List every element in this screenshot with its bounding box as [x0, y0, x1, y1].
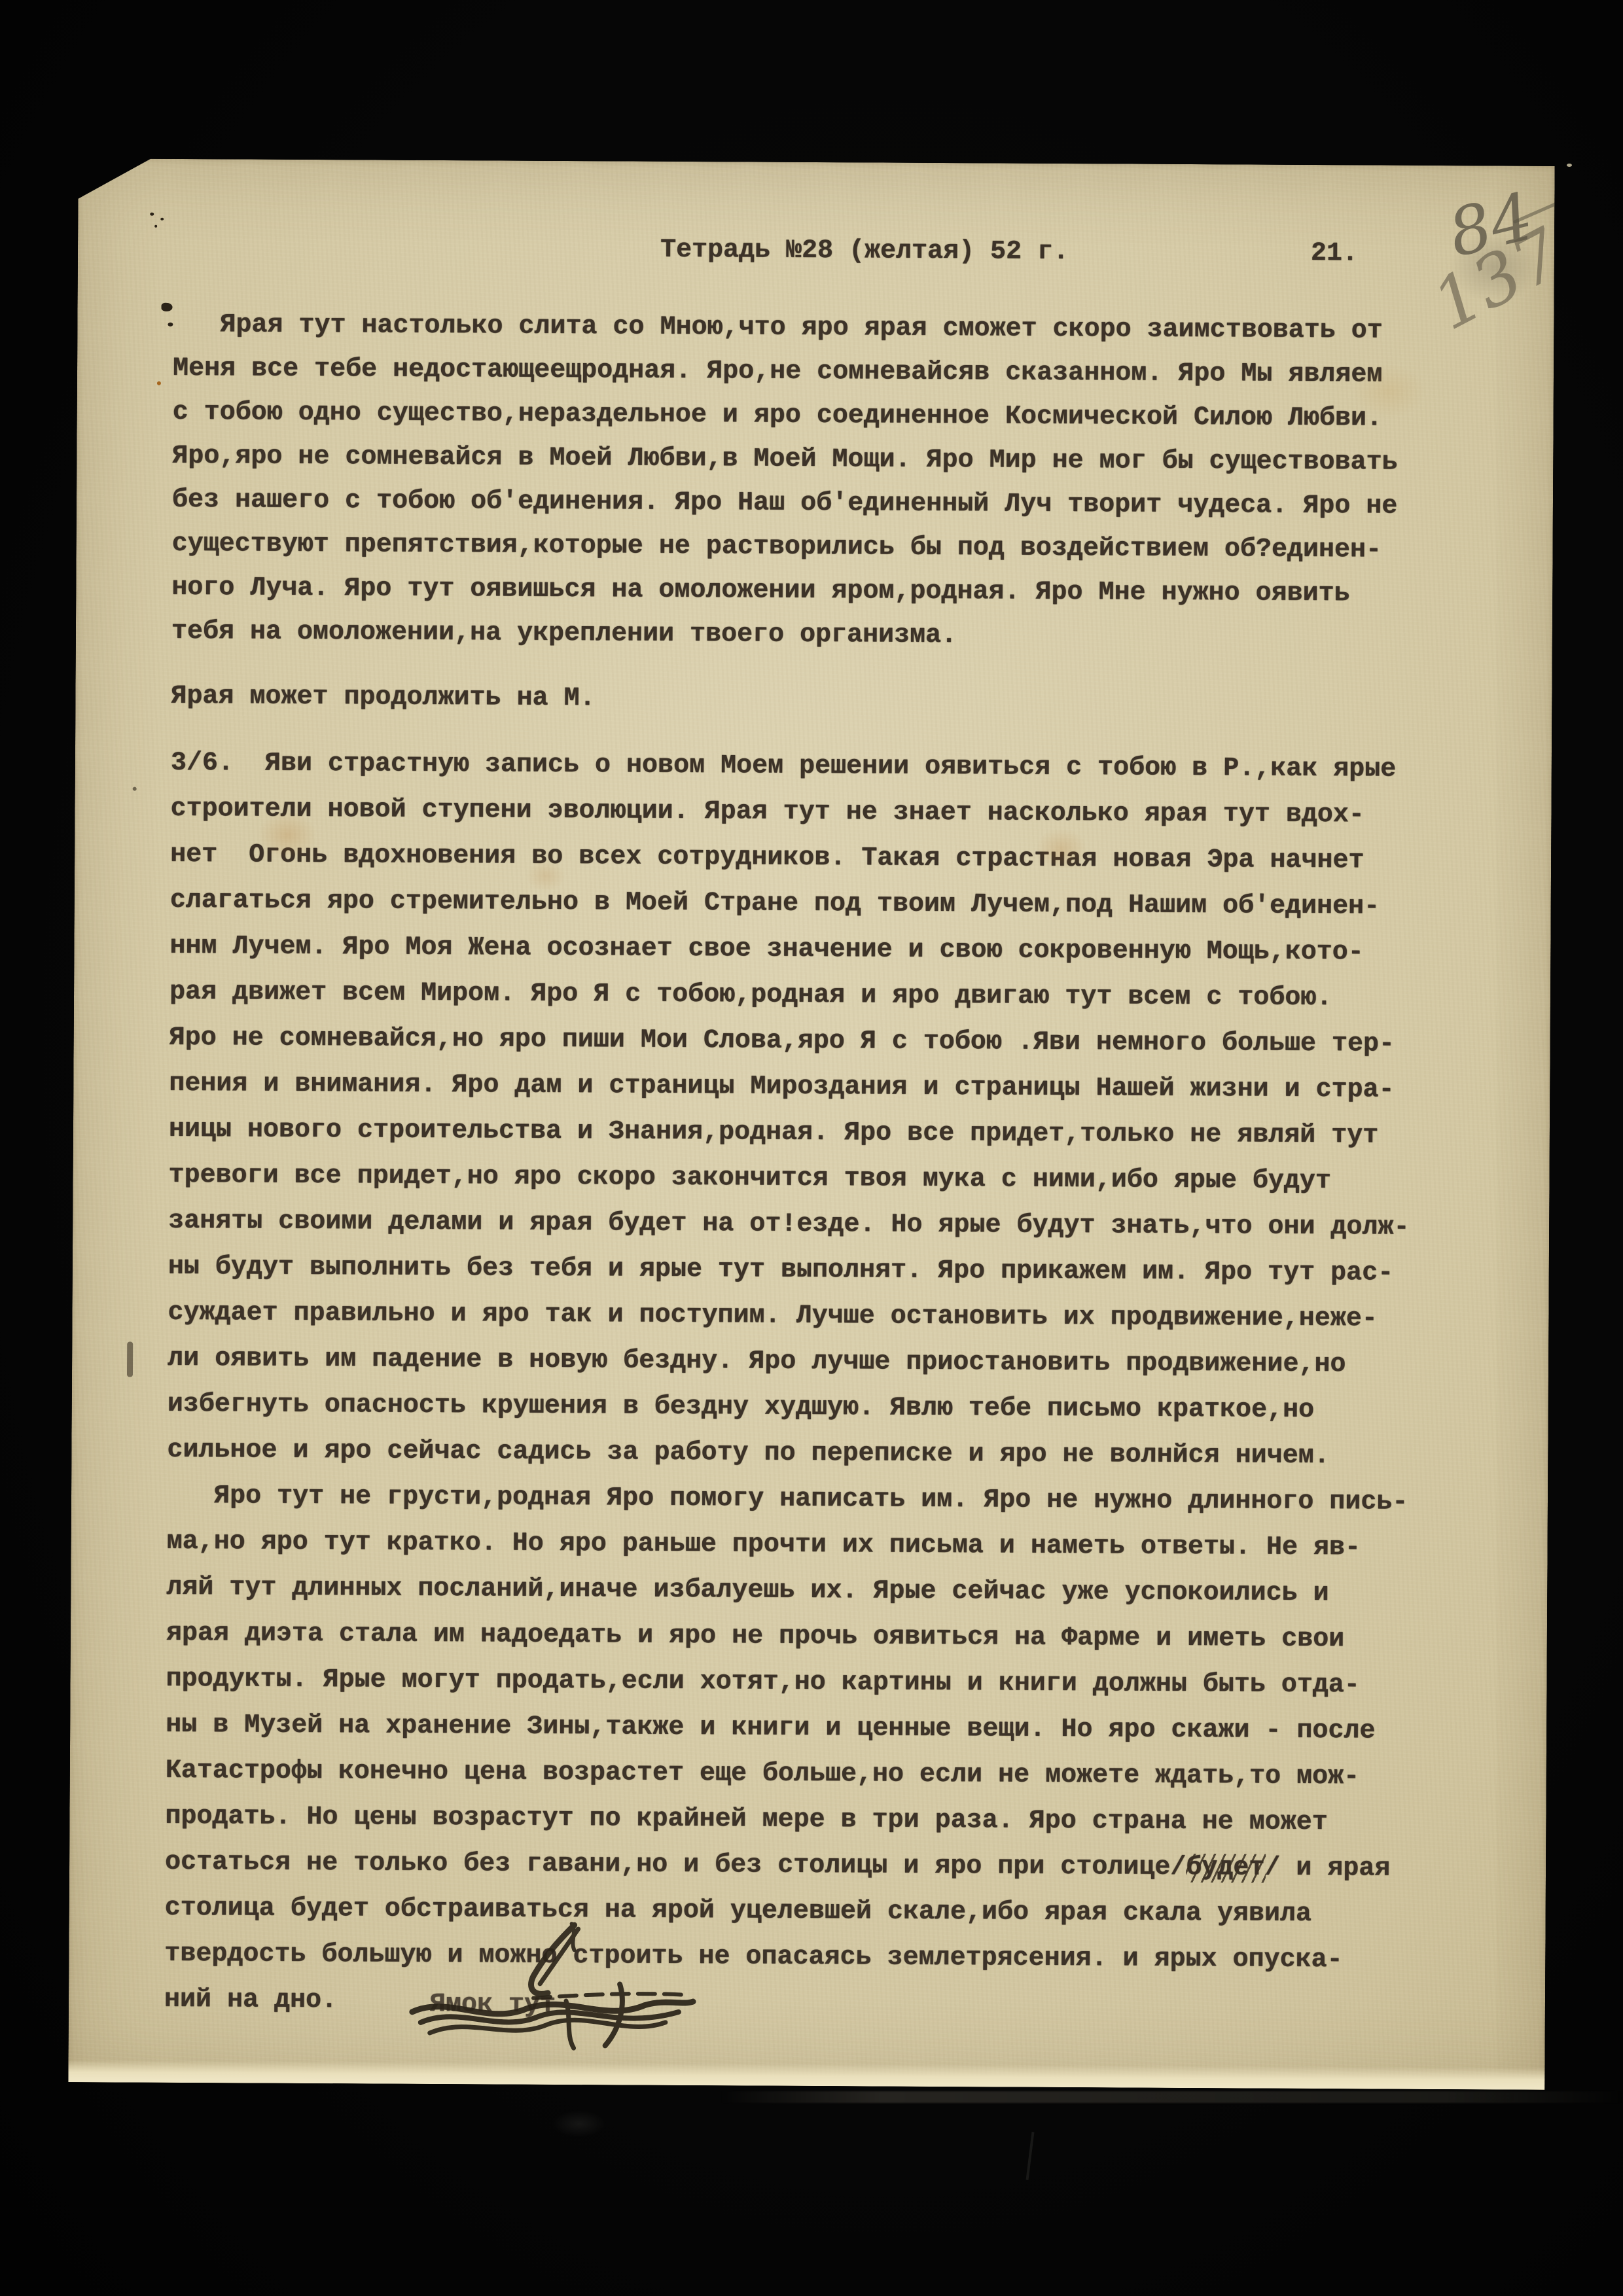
typed-line: ляй тут длинных посланий,иначе избалуешь… — [166, 1572, 1329, 1610]
paper-edge-speck — [1567, 164, 1572, 167]
typed-line: с тобою одно существо,нераздельное и яро… — [173, 397, 1383, 435]
typed-line: тревоги все придет,но яро скоро закончит… — [168, 1160, 1331, 1197]
typed-line: строители новой ступени эволюции. Ярая т… — [170, 794, 1364, 832]
typed-line: ли оявить им падение в новую бездну. Яро… — [168, 1343, 1346, 1381]
typed-line: ного Луча. Яро тут оявишься на омоложени… — [171, 573, 1350, 610]
typed-line: ницы нового строительства и Знания,родна… — [169, 1114, 1379, 1152]
scan-smudge — [543, 2106, 615, 2142]
typed-line: слагаться яро стремительно в Моей Стране… — [170, 885, 1380, 923]
ink-speck — [127, 1342, 133, 1377]
typed-line: нет Огонь вдохновения во всех сотруднико… — [170, 839, 1364, 877]
ink-speck — [150, 213, 154, 216]
typed-line: избегнуть опасность крушения в бездну ху… — [168, 1389, 1315, 1426]
scan-shadow-band — [720, 2091, 1623, 2103]
typed-line: тебя на омоложении,на укреплении твоего … — [171, 616, 957, 652]
typed-line: рая движет всем Миром. Яро Я с тобою,род… — [169, 977, 1332, 1014]
typed-line: Ярая тут настолько слита со Мною,что яро… — [173, 309, 1383, 347]
typed-line: заняты своими делами и ярая будет на от!… — [168, 1206, 1410, 1244]
typed-line: Ярая может продолжить на М. — [171, 681, 595, 715]
scan-backdrop: Тетрадь №28 (желтая) 52 г. 21. 84 137 Яр… — [0, 0, 1623, 2296]
typed-line: ны в Музей на хранение Зины,также и книг… — [166, 1710, 1376, 1748]
typed-line: ма,но яро тут кратко. Но яро раньше проч… — [167, 1527, 1361, 1564]
overstrike-slashes — [1186, 1854, 1266, 1883]
notebook-header: Тетрадь №28 (желтая) 52 г. — [660, 235, 1069, 268]
ink-speck — [168, 323, 173, 327]
typed-line: суждает правильно и яро так и поступим. … — [168, 1298, 1378, 1335]
typed-line: твердость большую и можно строить не опа… — [164, 1939, 1343, 1976]
typed-line: продать. Но цены возрастут по крайней ме… — [165, 1801, 1328, 1839]
typed-line: существуют препятствия,которые не раство… — [172, 529, 1382, 567]
typed-line: без нашего с тобою об'единения. Яро Наш … — [172, 485, 1398, 523]
typed-line: Яро не сомневайся,но яро пиши Мои Слова,… — [169, 1023, 1395, 1061]
typed-line: ний на дно. — [164, 1985, 337, 2017]
ink-speck — [154, 225, 157, 228]
typed-line: столица будет обстраиваться на ярой уцел… — [165, 1893, 1312, 1930]
typed-line: Яро тут не грусти,родная Яро помогу напи… — [167, 1481, 1408, 1519]
ink-speck — [157, 381, 161, 385]
manuscript-page: Тетрадь №28 (желтая) 52 г. 21. 84 137 Яр… — [68, 158, 1554, 2090]
ink-speck — [161, 303, 172, 311]
pen-scribble — [402, 1974, 717, 2068]
typed-line: 3/6. Яви страстную запись о новом Моем р… — [171, 748, 1397, 786]
typed-line: ны будут выполнить без тебя и ярые тут в… — [168, 1252, 1394, 1290]
typed-line: Яро,яро не сомневайся в Моей Любви,в Мое… — [172, 441, 1398, 479]
typed-line: Меня все тебе недостающеещродная. Яро,не… — [173, 353, 1383, 391]
typed-line: сильное и яро сейчас садись за работу по… — [167, 1435, 1330, 1472]
typed-line: пения и внимания. Яро дам и страницы Мир… — [169, 1069, 1395, 1106]
typed-line: ярая диэта стала им надоедать и яро не п… — [166, 1618, 1345, 1655]
typed-line: Катастрофы конечно цена возрастет еще бо… — [166, 1756, 1360, 1793]
typed-line: ннм Лучем. Яро Моя Жена осознает свое зн… — [169, 931, 1364, 969]
page-number: 21. — [1311, 238, 1358, 270]
typed-line: продукты. Ярые могут продать,если хотят,… — [166, 1664, 1360, 1702]
ink-speck — [133, 787, 137, 791]
scan-scratch — [1026, 2132, 1035, 2180]
ink-speck — [160, 218, 164, 221]
